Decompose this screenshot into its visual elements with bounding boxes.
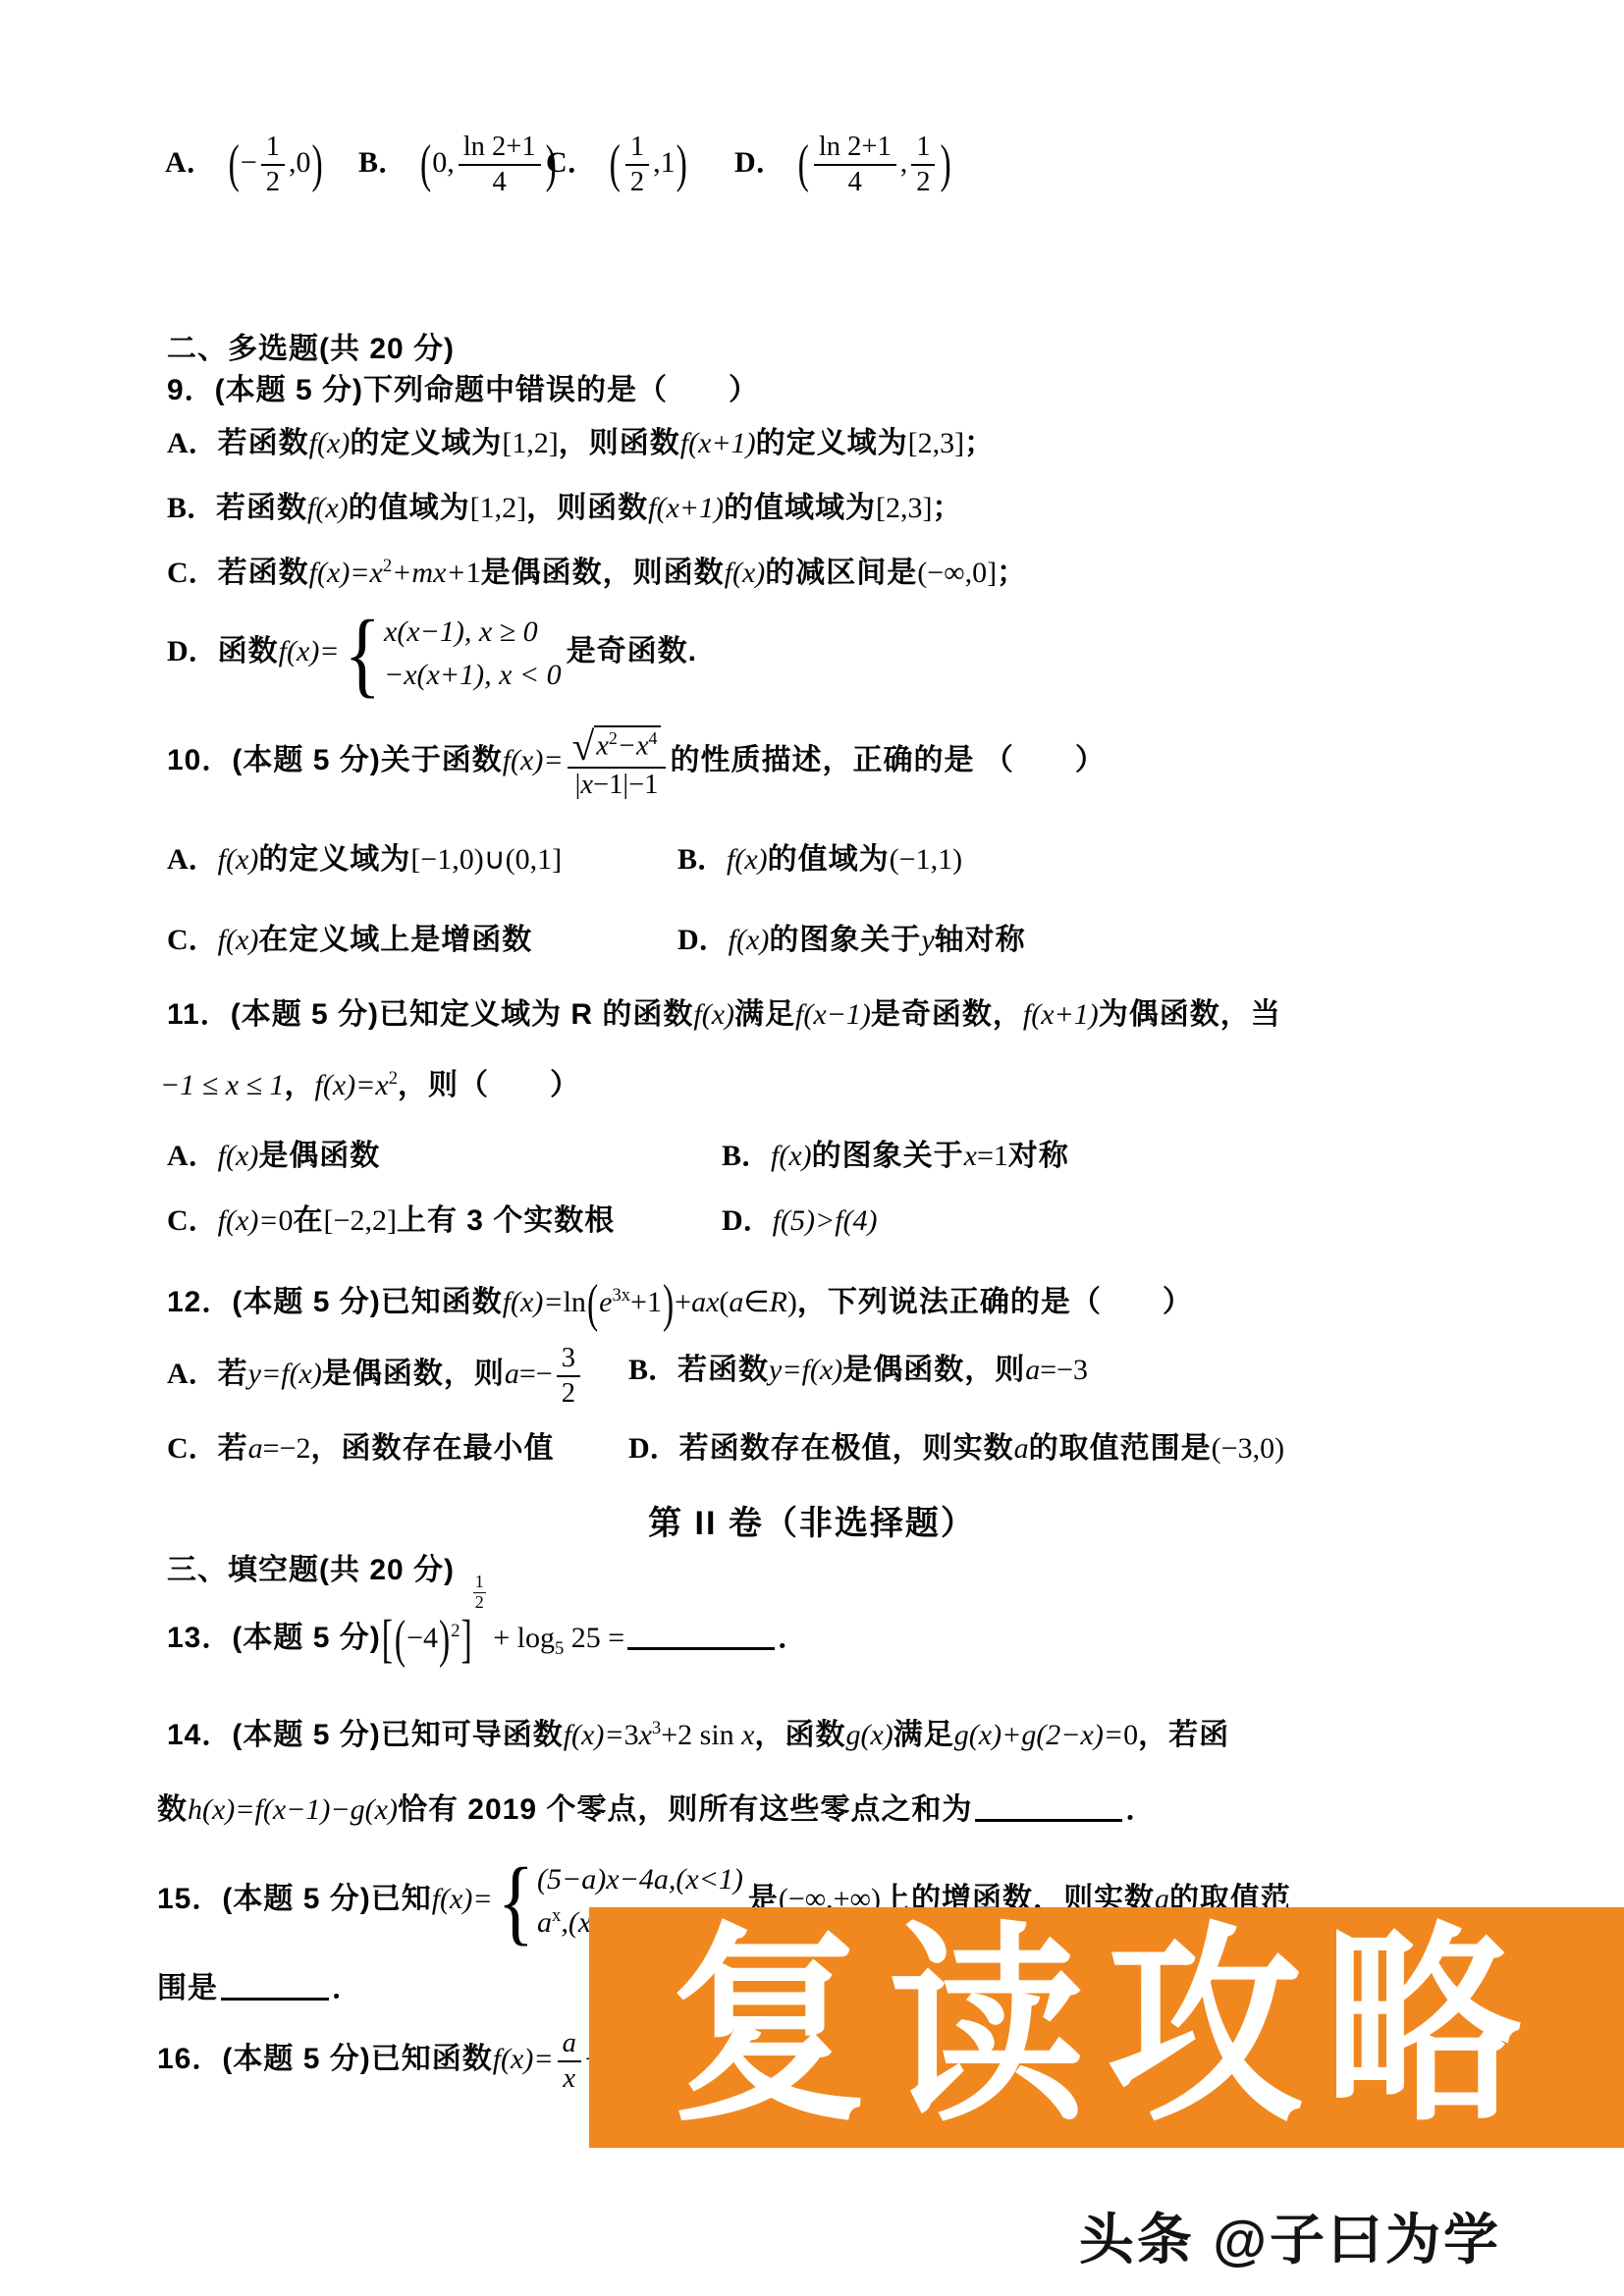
text-line-8: B．若函数f(x)的值域为[1,2]，则函数f(x+1)的值域域为[2,3]； (167, 489, 963, 529)
tall-delimiter: ( (420, 138, 431, 191)
text-line-20: C．f(x)=0在[−2,2]上有 3 个实数根 (167, 1201, 615, 1242)
math-upright: [2,3] (908, 427, 964, 459)
option-label: D． (677, 924, 729, 956)
math-upright: (−∞,0] (917, 557, 997, 589)
cn-text: ，则函数 (559, 427, 680, 459)
cn-text: 11．(本题 5 分)已知定义域为 R 的函数 (167, 998, 693, 1031)
option-label: B． (167, 492, 216, 524)
math-italic: e (599, 1286, 612, 1318)
cn-text: 14．(本题 5 分)已知可导函数 (167, 1719, 564, 1751)
cn-text: ． (778, 1622, 808, 1654)
exam-page: A．(−12,0)B．(0,ln 2+14)C．(12,1)D．(ln 2+14… (0, 0, 1624, 2296)
tall-delimiter: ) (663, 1278, 674, 1331)
cn-text: ； (997, 557, 1027, 589)
cn-text: 的减区间是 (765, 557, 917, 589)
cn-text: 在 (294, 1204, 324, 1237)
math-italic: h(x)=f(x−1)−g(x) (188, 1793, 398, 1826)
math-italic: f(x) (727, 843, 768, 876)
exponent-fraction: 12 (473, 1573, 486, 1613)
math-upright: 2 (266, 167, 280, 197)
math-italic: −x (618, 730, 649, 761)
math-italic: x(x−1), x ≥ 0 (384, 615, 538, 648)
answer-blank (627, 1618, 775, 1650)
answer-blank (975, 1789, 1122, 1822)
math-italic: a (505, 1358, 519, 1390)
option-label: A． (167, 1140, 218, 1172)
option-label: C． (167, 924, 218, 956)
cn-text: 是奇函数. (567, 635, 697, 667)
cn-text: ，若函 (1138, 1719, 1229, 1751)
math-italic: −1 ≤ x ≤ 1 (160, 1069, 285, 1101)
text-line-22: 12．(本题 5 分)已知函数f(x)=ln(e3x+1)+ax(a∈R)，下列… (167, 1264, 1193, 1334)
option-label: C． (167, 557, 218, 589)
math-italic: f(x) (729, 924, 770, 956)
cn-text: 的定义域为 (350, 427, 502, 459)
math-italic: +mx+ (392, 557, 465, 589)
cn-text: 的值域域为 (724, 492, 876, 524)
option-label: D． (628, 1432, 679, 1465)
math-italic: f(x)= (218, 1204, 279, 1237)
cn-text: 二、多选题(共 20 分) (167, 333, 455, 365)
cn-text: 满足 (893, 1719, 954, 1751)
text-line-11: 10．(本题 5 分)关于函数f(x)=√x2−x4|x−1|−1的性质描述，正… (167, 703, 1106, 819)
cn-text: ，下列说法正确的是（ ） (797, 1286, 1193, 1318)
math-upright: ) (787, 1286, 797, 1318)
cn-text: ，函数 (754, 1719, 845, 1751)
option-label: D． (734, 146, 785, 179)
tall-delimiter: ) (439, 1614, 450, 1667)
math-upright: (−3,0) (1212, 1432, 1284, 1465)
cn-text: 12．(本题 5 分)已知函数 (167, 1286, 503, 1318)
cn-text: 16．(本题 5 分)已知函数 (157, 2043, 493, 2075)
math-upright: 1 (466, 557, 481, 589)
math-upright: + (675, 1286, 691, 1318)
math-italic: g(x)+g(2−x)= (954, 1719, 1123, 1751)
fraction: ax (558, 2028, 581, 2095)
math-italic: f(x) (309, 427, 351, 459)
text-line-27: 第 II 卷（非选择题） (0, 1502, 1624, 1547)
cn-text: 的值域为 (349, 492, 470, 524)
text-line-31: 数h(x)=f(x−1)−g(x)恰有 2019 个零点，则所有这些零点之和为． (157, 1787, 1156, 1831)
publisher-credit: 头条 @子曰为学 (1079, 2197, 1501, 2275)
fraction: 12 (911, 132, 935, 198)
math-italic: y (921, 924, 934, 956)
text-line-29: 13．(本题 5 分)[(−4)2]12 + log5 25 =． (167, 1582, 808, 1698)
math-upright: 1 (266, 132, 280, 162)
cn-text: 恰有 2019 个零点，则所有这些零点之和为 (398, 1793, 972, 1826)
math-italic: a (563, 2028, 576, 2058)
cn-text: 函数 (218, 635, 279, 667)
math-italic: R (770, 1286, 787, 1318)
cn-text: 若函数存在极值，则实数 (679, 1432, 1014, 1465)
option-label: A． (167, 427, 218, 459)
math-italic: x (580, 770, 593, 800)
case-row: (5−a)x−4a,(x<1) (537, 1863, 743, 1897)
math-upright: 3 (562, 1343, 575, 1373)
math-upright: +2 sin (661, 1719, 741, 1751)
math-italic: (5−a)x−4a,(x<1) (537, 1863, 743, 1896)
option-label: A． (167, 1358, 218, 1390)
math-italic: f(x) (218, 843, 259, 876)
answer-blank (221, 1968, 329, 2001)
math-upright: [2,3] (876, 492, 932, 524)
cn-text: 的取值范围是 (1029, 1432, 1212, 1465)
option-label: B． (677, 843, 727, 876)
brace: { (345, 614, 381, 695)
cn-text: 的值域为 (768, 843, 890, 876)
text-line-18: A．f(x)是偶函数 (167, 1137, 380, 1177)
cn-text: 的图象关于 (769, 924, 921, 956)
fraction: ln 2+14 (459, 132, 541, 198)
math-upright: [−1,0)∪(0,1] (410, 843, 562, 876)
watermark-text: 复读攻略 (671, 1922, 1543, 2134)
math-upright: 25 = (564, 1622, 624, 1654)
cn-text: 若函数 (677, 1354, 769, 1386)
math-italic: x (639, 1719, 652, 1751)
math-upright: +1 (630, 1286, 662, 1318)
text-line-10: D．函数f(x)={x(x−1), x ≥ 0−x(x+1), x < 0是奇函… (167, 597, 697, 707)
option-label: C． (546, 146, 597, 179)
option-label: B． (628, 1354, 677, 1386)
math-italic: f(x+1) (648, 492, 724, 524)
cn-text: 为偶函数，当 (1099, 998, 1281, 1031)
math-italic: f(x+1) (1023, 998, 1099, 1031)
math-italic: x (596, 730, 609, 761)
text-line-7: A．若函数f(x)的定义域为[1,2]，则函数f(x+1)的定义域为[2,3]； (167, 424, 995, 464)
math-upright: (−1,1) (890, 843, 962, 876)
math-upright: 2 (562, 1378, 575, 1409)
tall-delimiter: ] (461, 1614, 472, 1667)
cn-text: 13．(本题 5 分) (167, 1622, 381, 1654)
math-italic: f(x) (725, 557, 766, 589)
math-upright: 4 (493, 167, 507, 197)
math-upright: ( (719, 1286, 729, 1318)
cn-text: 围是 (157, 1972, 218, 2004)
math-upright: 1 (916, 132, 930, 162)
math-upright: [−2,2] (324, 1204, 397, 1237)
math-upright: 0, (432, 146, 455, 179)
math-upright: 0 (1123, 1719, 1138, 1751)
text-line-2: B．(0,ln 2+14) (358, 116, 558, 210)
cn-text: 9．(本题 5 分)下列命题中错误的是（ ） (167, 374, 759, 406)
math-upright: =−3 (1040, 1354, 1088, 1386)
cn-text: 若函数 (218, 557, 309, 589)
math-italic: f(x) (218, 924, 259, 956)
option-label: A． (167, 843, 218, 876)
math-italic: f(x)= (564, 1719, 624, 1751)
cn-text: 在定义域上是增函数 (258, 924, 532, 956)
radical: √x2−x4 (572, 725, 662, 766)
tall-delimiter: ( (229, 138, 240, 191)
math-italic: a (729, 1286, 743, 1318)
text-line-19: B．f(x)的图象关于x=1对称 (722, 1137, 1069, 1177)
cn-text: 满足 (734, 998, 795, 1031)
text-line-23: A．若y=f(x)是偶函数，则a=−32 (167, 1327, 584, 1421)
math-upright: 4 (848, 167, 862, 197)
math-upright: ∈ (743, 1286, 769, 1318)
fraction: ln 2+14 (814, 132, 896, 198)
cn-text: 是偶函数，则 (322, 1358, 505, 1390)
cn-text: 数 (157, 1793, 188, 1826)
text-line-12: A．f(x)的定义域为[−1,0)∪(0,1] (167, 840, 562, 881)
option-label: C． (167, 1432, 218, 1465)
fraction: √x2−x4|x−1|−1 (568, 725, 667, 801)
math-italic: f(x) (307, 492, 349, 524)
text-line-1: A．(−12,0) (165, 116, 324, 210)
text-line-16: 11．(本题 5 分)已知定义域为 R 的函数f(x)满足f(x−1)是奇函数，… (167, 995, 1281, 1036)
math-upright: ln 2+1 (819, 132, 892, 162)
text-line-14: C．f(x)在定义域上是增函数 (167, 921, 532, 961)
math-upright: 2 (630, 167, 644, 197)
text-line-25: C．若a=−2，函数存在最小值 (167, 1429, 555, 1469)
math-italic: f(x)=x (309, 557, 383, 589)
math-italic: f(x)= (503, 744, 564, 776)
math-italic: f(x)= (432, 1883, 493, 1915)
math-upright: =− (519, 1358, 553, 1390)
text-line-6: 9．(本题 5 分)下列命题中错误的是（ ） (167, 371, 759, 411)
cn-text: 是偶函数 (258, 1140, 380, 1172)
cn-text: 轴对称 (935, 924, 1026, 956)
cn-text: ，则函数 (526, 492, 648, 524)
cn-text: ， (285, 1069, 315, 1101)
math-upright: 2 (916, 167, 930, 197)
cn-text: 是偶函数，则 (842, 1354, 1025, 1386)
math-upright: ln (564, 1286, 586, 1318)
math-italic: f(x)=x (315, 1069, 389, 1101)
superscript: 2 (451, 1621, 460, 1641)
math-italic: a (1025, 1354, 1040, 1386)
math-upright: 1 (630, 132, 644, 162)
text-line-9: C．若函数f(x)=x2+mx+1是偶函数，则函数f(x)的减区间是(−∞,0]… (167, 554, 1027, 594)
cn-text: 是偶函数，则函数 (481, 557, 725, 589)
cn-text: ，则（ ） (398, 1069, 580, 1101)
math-upright: − (241, 146, 257, 179)
fraction: 12 (261, 132, 285, 198)
option-label: D． (722, 1204, 773, 1237)
brace: { (498, 1861, 534, 1943)
piecewise-cases: {x(x−1), x ≥ 0−x(x+1), x < 0 (345, 615, 562, 692)
cn-text: 的定义域为 (756, 427, 908, 459)
option-label: B． (722, 1140, 771, 1172)
math-upright: =−2 (263, 1432, 311, 1465)
cn-text: 若函数 (218, 427, 309, 459)
math-upright: ln 2+1 (463, 132, 536, 162)
watermark-banner: 复读攻略 (589, 1907, 1624, 2148)
text-line-24: B．若函数y=f(x)是偶函数，则a=−3 (628, 1351, 1088, 1391)
tall-delimiter: ( (798, 138, 809, 191)
cn-text: ． (332, 1972, 362, 2004)
text-line-3: C．(12,1) (546, 116, 688, 210)
cn-text: 10．(本题 5 分)关于函数 (167, 744, 503, 776)
math-italic: f(5)>f(4) (773, 1204, 878, 1237)
text-line-17: −1 ≤ x ≤ 1，f(x)=x2，则（ ） (160, 1066, 580, 1106)
math-italic: ax (691, 1286, 719, 1318)
text-line-4: D．(ln 2+14,12) (734, 116, 952, 210)
math-upright: ,1 (653, 146, 676, 179)
superscript: x (552, 1905, 561, 1926)
section-header-text: 第 II 卷（非选择题） (648, 1505, 976, 1542)
math-upright: , (900, 146, 908, 179)
case-row: x(x−1), x ≥ 0 (384, 615, 562, 650)
math-italic: y=f(x) (769, 1354, 842, 1386)
option-label: D． (167, 635, 218, 667)
superscript: 3x (612, 1285, 630, 1306)
math-upright: [1,2] (502, 427, 558, 459)
math-upright: −1|−1 (593, 770, 658, 800)
text-line-21: D．f(5)>f(4) (722, 1201, 878, 1242)
text-line-34: 16．(本题 5 分)已知函数f(x)=ax+1 (157, 2010, 617, 2109)
math-upright: [1,2] (470, 492, 526, 524)
math-upright: + log (486, 1622, 555, 1654)
text-line-30: 14．(本题 5 分)已知可导函数f(x)=3x3+2 sin x，函数g(x)… (167, 1716, 1229, 1756)
math-italic: f(x) (218, 1140, 259, 1172)
tall-delimiter: ( (610, 138, 621, 191)
text-line-5: 二、多选题(共 20 分) (167, 330, 455, 370)
cn-text: 若函数 (216, 492, 307, 524)
math-italic: a (1014, 1432, 1029, 1465)
math-italic: f(x)= (493, 2043, 554, 2075)
tall-delimiter: ( (587, 1278, 598, 1331)
tall-delimiter: ) (312, 138, 323, 191)
text-line-26: D．若函数存在极值，则实数a的取值范围是(−3,0) (628, 1429, 1284, 1469)
math-upright: =1 (977, 1140, 1008, 1172)
math-italic: a (248, 1432, 263, 1465)
option-label: B． (358, 146, 407, 179)
math-italic: a (537, 1906, 552, 1939)
math-italic: f(x)= (503, 1286, 564, 1318)
math-upright: ,0 (289, 146, 311, 179)
cn-text: ； (933, 492, 963, 524)
superscript: 3 (652, 1718, 661, 1738)
superscript: 4 (649, 728, 658, 748)
tall-delimiter: ) (677, 138, 687, 191)
math-italic: x (563, 2063, 575, 2094)
cn-text: 对称 (1008, 1140, 1069, 1172)
cn-text: 上有 3 个实数根 (397, 1204, 615, 1237)
cn-text: 15．(本题 5 分)已知 (157, 1883, 432, 1915)
superscript: 2 (389, 1068, 398, 1089)
math-upright: 3 (624, 1719, 639, 1751)
cn-text: 的定义域为 (258, 843, 410, 876)
math-italic: g(x) (845, 1719, 893, 1751)
tall-delimiter: ) (940, 138, 950, 191)
cn-text: 的性质描述，正确的是 （ ） (670, 744, 1105, 776)
subscript: 5 (555, 1638, 564, 1659)
cn-text: 的图象关于 (812, 1140, 964, 1172)
superscript: 2 (609, 728, 618, 748)
cn-text: ． (1125, 1793, 1156, 1826)
cn-text: ； (964, 427, 995, 459)
case-row: −x(x+1), x < 0 (384, 659, 562, 693)
cn-text: ，函数存在最小值 (311, 1432, 555, 1465)
text-line-33: 围是． (157, 1965, 362, 2009)
math-italic: y=f(x) (248, 1358, 322, 1390)
math-italic: f(x−1) (795, 998, 871, 1031)
math-italic: x (741, 1719, 754, 1751)
cn-text: 若 (218, 1358, 248, 1390)
superscript: 2 (383, 556, 392, 576)
text-line-15: D．f(x)的图象关于y轴对称 (677, 921, 1026, 961)
option-label: A． (165, 146, 216, 179)
math-italic: f(x+1) (680, 427, 756, 459)
math-upright: −4 (406, 1622, 438, 1654)
option-label: C． (167, 1204, 218, 1237)
math-italic: −x(x+1), x < 0 (384, 659, 562, 691)
math-italic: f(x)= (279, 635, 340, 667)
fraction: 32 (557, 1343, 580, 1410)
text-line-13: B．f(x)的值域为(−1,1) (677, 840, 962, 881)
fraction: 12 (625, 132, 649, 198)
math-upright: 0 (279, 1204, 294, 1237)
math-italic: f(x) (693, 998, 734, 1031)
cn-text: 若 (218, 1432, 248, 1465)
tall-delimiter: [ (382, 1614, 393, 1667)
math-italic: f(x) (771, 1140, 812, 1172)
math-italic: x (964, 1140, 977, 1172)
cn-text: 是奇函数， (871, 998, 1023, 1031)
tall-delimiter: ( (395, 1614, 406, 1667)
